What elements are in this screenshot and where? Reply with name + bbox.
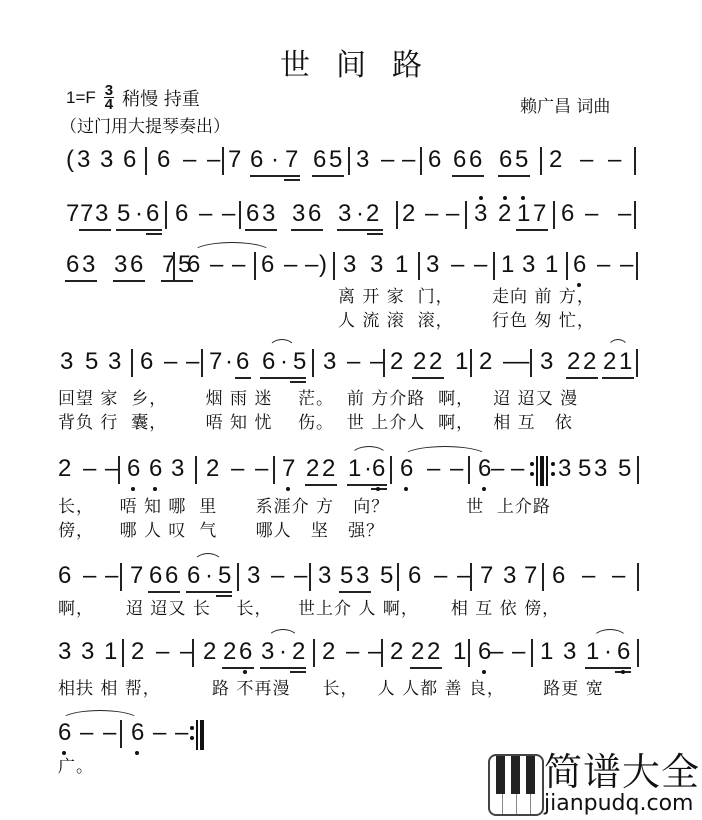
repeat-dot xyxy=(530,472,534,476)
note: 3 xyxy=(426,250,439,280)
beam-underline xyxy=(113,280,145,282)
barline xyxy=(131,349,133,377)
note: 3 xyxy=(247,561,260,591)
lyric-line: 相扶 相 帮， 路 不再漫 长， 人 人都 善 良， 路更 宽 xyxy=(58,674,604,699)
beam-underline-double xyxy=(367,233,383,235)
slur xyxy=(607,339,629,350)
note: 3 xyxy=(58,637,71,667)
dash: – xyxy=(491,454,504,484)
lyric-line: 傍， 哪 人 叹 气 哪人 坚 强？ xyxy=(58,516,384,541)
note: 5 xyxy=(329,145,342,175)
dash: – xyxy=(381,145,394,175)
barline xyxy=(637,639,639,667)
barline xyxy=(397,563,399,591)
note: 2 xyxy=(479,347,492,377)
barline xyxy=(192,639,194,667)
barline xyxy=(122,639,124,667)
lyric-line: 人 流 滚 滚， 行色 匆 忙， xyxy=(338,306,595,331)
beam-underline xyxy=(260,667,306,669)
note: 1 xyxy=(540,637,553,667)
beam-underline xyxy=(566,377,598,379)
dot: · xyxy=(135,199,143,229)
barline xyxy=(468,639,470,667)
barline xyxy=(273,456,275,484)
note: 2 xyxy=(223,637,236,667)
barline xyxy=(120,720,122,748)
dash: – xyxy=(512,637,525,667)
note: 3 xyxy=(370,250,383,280)
slur xyxy=(350,446,388,457)
barline xyxy=(239,201,241,229)
beam-underline xyxy=(161,280,193,282)
note: 2 xyxy=(429,347,442,377)
note: 5 xyxy=(293,347,306,377)
note: 2 xyxy=(203,637,216,667)
beam-underline-double xyxy=(290,671,306,673)
low-octave-dot xyxy=(131,487,135,491)
barline xyxy=(470,349,472,377)
beam-underline-double xyxy=(284,179,300,181)
time-signature-bottom: 4 xyxy=(105,98,113,111)
barline xyxy=(634,147,636,175)
barline xyxy=(493,252,495,280)
beam-underline xyxy=(410,667,442,669)
watermark-url: jianpudq.com xyxy=(544,792,693,816)
note: 1 xyxy=(545,250,558,280)
low-octave-dot xyxy=(153,487,157,491)
note: 3 xyxy=(343,250,356,280)
barline xyxy=(637,563,639,591)
dash: – xyxy=(255,454,268,484)
note: 6 xyxy=(262,347,275,377)
note: 6 xyxy=(146,199,159,229)
dash: – xyxy=(105,561,118,591)
beam-underline xyxy=(452,175,484,177)
note: 3 xyxy=(540,347,553,377)
note: 1 xyxy=(348,454,361,484)
note: 6 xyxy=(239,637,252,667)
dash: – xyxy=(427,454,440,484)
dash: – xyxy=(612,561,625,591)
note: 3 xyxy=(114,250,127,280)
barline xyxy=(540,147,542,175)
intro-instruction: （过门用大提琴奏出） xyxy=(60,112,230,137)
note: 1 xyxy=(586,637,599,667)
note: 7 xyxy=(480,561,493,591)
beam-underline xyxy=(498,175,530,177)
note: 1 xyxy=(455,347,468,377)
dash: – xyxy=(153,718,166,748)
parenthesis: ) xyxy=(319,250,327,280)
dot: · xyxy=(364,454,372,484)
note: 5 xyxy=(85,347,98,377)
dash: – xyxy=(474,250,487,280)
note: 6 xyxy=(372,454,385,484)
note: 2 xyxy=(498,199,511,229)
piano-keys-icon xyxy=(488,754,544,816)
dash: – xyxy=(156,637,169,667)
beam-underline xyxy=(65,280,97,282)
note: 6 xyxy=(478,454,491,484)
dash: – xyxy=(294,561,307,591)
low-octave-dot xyxy=(286,487,290,491)
high-octave-dot xyxy=(479,196,483,200)
dash: – xyxy=(446,199,459,229)
dash: – xyxy=(284,250,297,280)
barline xyxy=(381,639,383,667)
note: 6 xyxy=(175,199,188,229)
barline xyxy=(530,349,532,377)
note: 7 xyxy=(228,145,241,175)
note: 3 xyxy=(108,347,121,377)
beam-underline-double xyxy=(290,381,306,383)
barline xyxy=(420,147,422,175)
beam-underline xyxy=(245,229,277,231)
slur xyxy=(592,629,628,640)
note: 5 xyxy=(618,454,631,484)
note: 6 xyxy=(617,637,630,667)
note: 6 xyxy=(428,145,441,175)
note: 6 xyxy=(58,718,71,748)
barline xyxy=(118,456,120,484)
note: 2 xyxy=(567,347,580,377)
dot: · xyxy=(205,561,213,591)
dash: – xyxy=(457,561,470,591)
note: 5 xyxy=(340,561,353,591)
dash: – xyxy=(451,250,464,280)
dash: – xyxy=(83,561,96,591)
note: 2 xyxy=(292,637,305,667)
dash: – xyxy=(597,250,610,280)
barline xyxy=(165,201,167,229)
note: 1 xyxy=(501,250,514,280)
note: 3 xyxy=(503,561,516,591)
key-signature-line: 1=F 3 4 稍慢 持重 xyxy=(66,84,200,111)
slur xyxy=(60,710,140,721)
note: 6 xyxy=(469,145,482,175)
note: 3 xyxy=(356,145,369,175)
barline xyxy=(312,349,314,377)
note: 2 xyxy=(413,347,426,377)
note: 3 xyxy=(77,145,90,175)
time-signature: 3 4 xyxy=(104,84,114,111)
dash: – xyxy=(425,199,438,229)
note: 6 xyxy=(453,145,466,175)
note: 7 xyxy=(209,347,222,377)
beam-underline xyxy=(235,377,251,379)
dash: – xyxy=(232,250,245,280)
barline xyxy=(542,563,544,591)
note: 7 xyxy=(66,199,79,229)
beam-underline xyxy=(312,175,344,177)
repeat-barline-thin xyxy=(546,456,548,486)
note: 3 xyxy=(60,347,73,377)
dot: · xyxy=(356,199,364,229)
beam-underline xyxy=(305,484,337,486)
note: 6 xyxy=(400,454,413,484)
note: 6 xyxy=(246,199,259,229)
note: 2 xyxy=(322,454,335,484)
dash: – xyxy=(271,561,284,591)
barline xyxy=(383,349,385,377)
note: 6 xyxy=(187,561,200,591)
note: 3 xyxy=(594,454,607,484)
barline xyxy=(470,563,472,591)
note: 7 xyxy=(285,145,298,175)
note: 5 xyxy=(218,561,231,591)
dot: · xyxy=(225,347,233,377)
note: 6 xyxy=(131,718,144,748)
note: 2 xyxy=(131,637,144,667)
dash: – xyxy=(346,637,359,667)
beam-underline xyxy=(585,667,631,669)
lyric-line: 啊， 迢 迢又 长 长， 世上介 人 啊， 相 互 依 傍， xyxy=(58,594,560,619)
barline xyxy=(309,563,311,591)
dash: – xyxy=(490,637,503,667)
dot: · xyxy=(279,637,287,667)
note: 6 xyxy=(140,347,153,377)
dash: – xyxy=(608,145,621,175)
low-octave-dot xyxy=(404,487,408,491)
barline xyxy=(201,349,203,377)
dash: – xyxy=(402,145,415,175)
note: 7 xyxy=(533,199,546,229)
note: 2 xyxy=(402,199,415,229)
barline xyxy=(348,147,350,175)
dash: – xyxy=(103,718,116,748)
dot: · xyxy=(604,637,612,667)
dash: – xyxy=(580,145,593,175)
dash: – xyxy=(222,199,235,229)
repeat-barline-thick xyxy=(540,456,544,486)
note: 2 xyxy=(206,454,219,484)
note: 3 xyxy=(338,199,351,229)
note: 3 xyxy=(522,250,535,280)
slur xyxy=(193,553,223,564)
barline xyxy=(237,563,239,591)
note: 2 xyxy=(549,145,562,175)
barline xyxy=(634,201,636,229)
slur xyxy=(267,629,299,640)
note: 3 xyxy=(81,637,94,667)
note: 1 xyxy=(453,637,466,667)
dash: – xyxy=(183,145,196,175)
dash: – xyxy=(305,250,318,280)
note: 2 xyxy=(411,637,424,667)
note: 6 xyxy=(165,561,178,591)
beam-underline xyxy=(516,229,548,231)
note: 5 xyxy=(515,145,528,175)
barline xyxy=(195,456,197,484)
dash: – xyxy=(80,718,93,748)
dash: – xyxy=(199,199,212,229)
note: 1 xyxy=(395,250,408,280)
note: 3 xyxy=(356,561,369,591)
dash: – xyxy=(516,347,529,377)
note: 1 xyxy=(619,347,632,377)
note: 2 xyxy=(427,637,440,667)
note: 6 xyxy=(573,250,586,280)
high-octave-dot xyxy=(521,196,525,200)
dash: – xyxy=(620,250,633,280)
dash: – xyxy=(370,347,383,377)
beam-underline xyxy=(148,591,180,593)
note: 7 xyxy=(130,561,143,591)
dash: – xyxy=(585,199,598,229)
note: 3 xyxy=(82,250,95,280)
lyric-line: 长， 唔 知 哪 里 系涯介 方 向？ 世 上介路 xyxy=(58,492,551,517)
note: 5 xyxy=(380,561,393,591)
note: 6 xyxy=(66,250,79,280)
note: 6 xyxy=(408,561,421,591)
dash: – xyxy=(582,561,595,591)
barline xyxy=(465,201,467,229)
dash: – xyxy=(210,250,223,280)
note: 6 xyxy=(236,347,249,377)
note: 7 xyxy=(524,561,537,591)
barline xyxy=(145,147,147,175)
beam-underline xyxy=(116,229,162,231)
note: 6 xyxy=(561,199,574,229)
low-octave-dot xyxy=(482,487,486,491)
beam-underline xyxy=(347,484,387,486)
beam-underline xyxy=(339,591,371,593)
repeat-dot xyxy=(530,462,534,466)
dot: · xyxy=(271,145,279,175)
note: 2 xyxy=(390,637,403,667)
dash: – xyxy=(83,454,96,484)
beam-underline-double xyxy=(146,233,162,235)
note: 1 xyxy=(104,637,117,667)
barline xyxy=(566,252,568,280)
lyricist-composer: 赖广昌 词曲 xyxy=(520,92,610,117)
note: 3 xyxy=(262,199,275,229)
barline xyxy=(636,349,638,377)
repeat-dot xyxy=(551,472,555,476)
dash: – xyxy=(347,347,360,377)
barline xyxy=(468,456,470,484)
note: 6 xyxy=(552,561,565,591)
repeat-dot xyxy=(190,726,194,730)
dash: – xyxy=(511,454,524,484)
note: 6 xyxy=(187,250,200,280)
beam-underline xyxy=(260,377,306,379)
note: 3 xyxy=(95,199,108,229)
watermark-logo: 简谱大全 jianpudq.com xyxy=(480,750,702,820)
beam-underline xyxy=(337,229,383,231)
beam-underline xyxy=(186,591,232,593)
note: 6 xyxy=(58,561,71,591)
barline xyxy=(173,252,175,280)
barline xyxy=(418,252,420,280)
barline xyxy=(636,252,638,280)
barline xyxy=(333,252,335,280)
high-octave-dot xyxy=(503,196,507,200)
key-signature: 1=F xyxy=(66,88,96,108)
note: 6 xyxy=(130,250,143,280)
note: 6 xyxy=(313,145,326,175)
beam-underline xyxy=(79,229,111,231)
slur xyxy=(268,339,296,350)
barline xyxy=(553,201,555,229)
low-octave-dot xyxy=(376,487,380,491)
beam-underline xyxy=(250,175,300,177)
note: 5 xyxy=(117,199,130,229)
dash: – xyxy=(207,145,220,175)
note: 6 xyxy=(499,145,512,175)
lyric-line: 离 开 家 门， 走向 前 方， xyxy=(338,282,595,307)
note: 2 xyxy=(322,637,335,667)
dash: – xyxy=(503,347,516,377)
watermark-brand: 简谱大全 xyxy=(544,752,700,792)
note: 2 xyxy=(390,347,403,377)
note: 1 xyxy=(517,199,530,229)
beam-underline xyxy=(291,229,323,231)
note: 3 xyxy=(563,637,576,667)
lyric-line: 广。 xyxy=(58,752,94,777)
note: 3 xyxy=(261,637,274,667)
note: 3 xyxy=(323,347,336,377)
dash: – xyxy=(186,347,199,377)
dot: · xyxy=(280,347,288,377)
note: 6 xyxy=(261,250,274,280)
note: 2 xyxy=(603,347,616,377)
note: 3 xyxy=(474,199,487,229)
dash: – xyxy=(105,454,118,484)
note: 6 xyxy=(149,561,162,591)
beam-underline xyxy=(412,377,444,379)
note: 7 xyxy=(80,199,93,229)
dash: – xyxy=(434,561,447,591)
parenthesis: ( xyxy=(66,145,74,175)
final-barline-thick xyxy=(200,720,204,750)
low-octave-dot xyxy=(621,670,625,674)
note: 2 xyxy=(58,454,71,484)
barline xyxy=(313,639,315,667)
beam-underline xyxy=(222,667,254,669)
low-octave-dot xyxy=(135,751,139,755)
dash: – xyxy=(450,454,463,484)
repeat-dot xyxy=(551,462,555,466)
barline xyxy=(531,639,533,667)
note: 7 xyxy=(282,454,295,484)
note: 6 xyxy=(123,145,136,175)
note: 2 xyxy=(583,347,596,377)
dash: – xyxy=(231,454,244,484)
note: 2 xyxy=(366,199,379,229)
slur xyxy=(192,242,272,253)
note: 6 xyxy=(149,454,162,484)
note: 3 xyxy=(292,199,305,229)
tempo-marking: 稍慢 持重 xyxy=(122,85,200,111)
barline xyxy=(254,252,256,280)
dash: – xyxy=(175,718,188,748)
note: 6 xyxy=(157,145,170,175)
note: 6 xyxy=(308,199,321,229)
song-title: 世间路 xyxy=(0,40,702,84)
note: 6 xyxy=(250,145,263,175)
final-barline-thin xyxy=(196,720,198,750)
note: 3 xyxy=(100,145,113,175)
dash: – xyxy=(368,637,381,667)
lyric-line: 回望 家 乡， 烟 雨 迷 茫。 前 方介路 啊， 迢 迢又 漫 xyxy=(58,384,578,409)
beam-underline xyxy=(602,377,634,379)
note: 3 xyxy=(171,454,184,484)
barline xyxy=(637,456,639,484)
dash: – xyxy=(618,199,631,229)
lyric-line: 背负 行 囊， 唔 知 忧 伤。 世 上介人 啊， 相 互 依 xyxy=(58,408,573,433)
note: 3 xyxy=(558,454,571,484)
